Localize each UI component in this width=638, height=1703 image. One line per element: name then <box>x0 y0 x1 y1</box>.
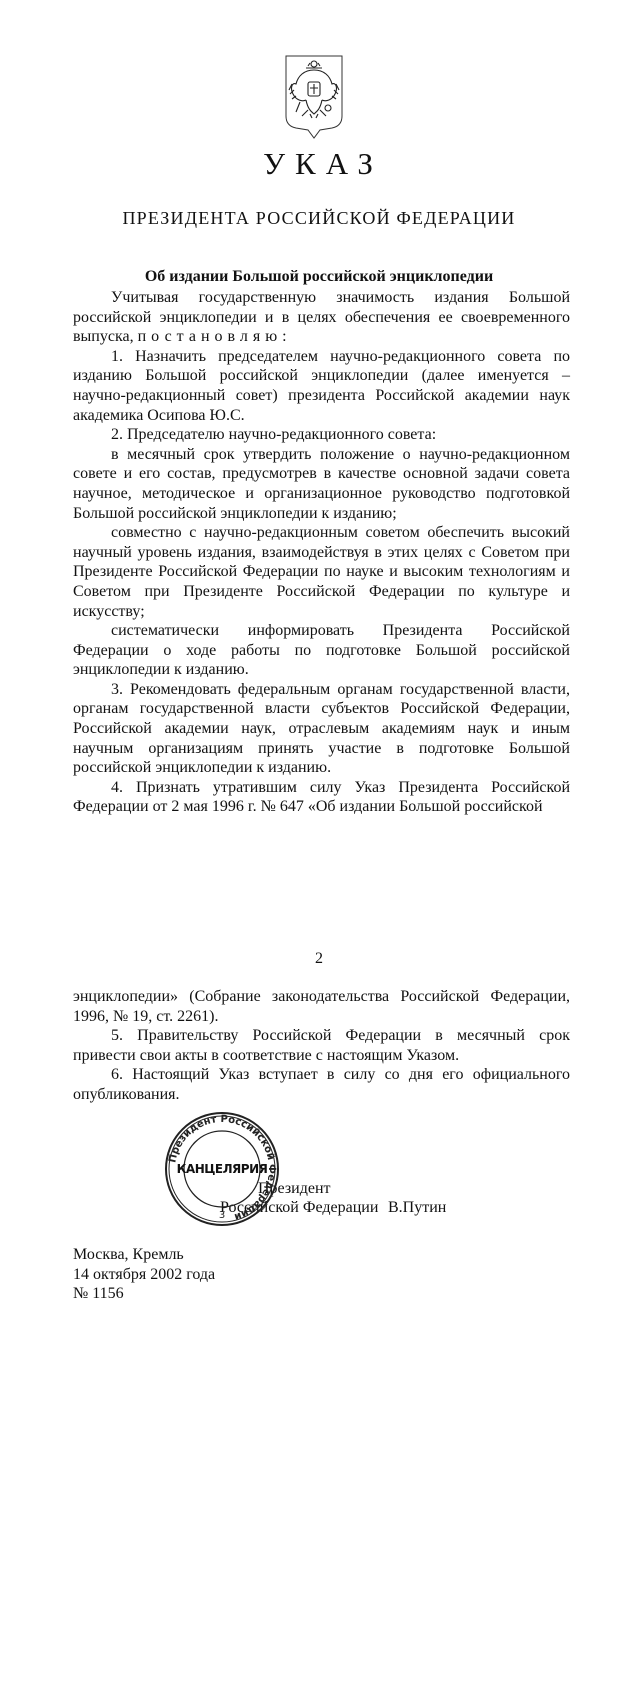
official-stamp-icon: Президент Российской Федерации КАНЦЕЛЯРИ… <box>163 1110 281 1228</box>
document-type-heading: УКАЗ <box>0 146 638 182</box>
item-3: 3. Рекомендовать федеральным органам гос… <box>73 680 570 778</box>
item-1: 1. Назначить председателем научно-редакц… <box>73 347 570 425</box>
item-4: 4. Признать утратившим силу Указ Президе… <box>73 778 570 817</box>
item-2-subitem-3: систематически информировать Президента … <box>73 621 570 680</box>
decree-word: постановляю: <box>138 328 292 345</box>
item-6: 6. Настоящий Указ вступает в силу со дня… <box>73 1065 570 1104</box>
signatory-name: В.Путин <box>388 1199 446 1217</box>
item-2-subitem-1: в месячный срок утвердить положение о на… <box>73 445 570 523</box>
item-4-continuation: энциклопедии» (Собрание законодательства… <box>73 987 570 1026</box>
russian-coat-of-arms-icon <box>284 54 344 139</box>
svg-text:КАНЦЕЛЯРИЯ: КАНЦЕЛЯРИЯ <box>177 1162 268 1176</box>
page-2-body: энциклопедии» (Собрание законодательства… <box>73 987 570 1105</box>
place: Москва, Кремль <box>73 1245 215 1265</box>
svg-text:3: 3 <box>219 1210 225 1221</box>
item-5: 5. Правительству Российской Федерации в … <box>73 1026 570 1065</box>
document-footer: Москва, Кремль 14 октября 2002 года № 11… <box>73 1245 215 1304</box>
page-1-body: Учитывая государственную значимость изда… <box>73 288 570 817</box>
page-number: 2 <box>0 950 638 968</box>
preamble: Учитывая государственную значимость изда… <box>73 288 570 347</box>
decree-number: № 1156 <box>73 1284 215 1304</box>
issuer-heading: ПРЕЗИДЕНТА РОССИЙСКОЙ ФЕДЕРАЦИИ <box>0 208 638 229</box>
document-title: Об издании Большой российской энциклопед… <box>0 268 638 286</box>
item-2-subitem-2: совместно с научно-редакционным советом … <box>73 523 570 621</box>
date: 14 октября 2002 года <box>73 1265 215 1285</box>
item-2: 2. Председателю научно-редакционного сов… <box>73 425 570 445</box>
